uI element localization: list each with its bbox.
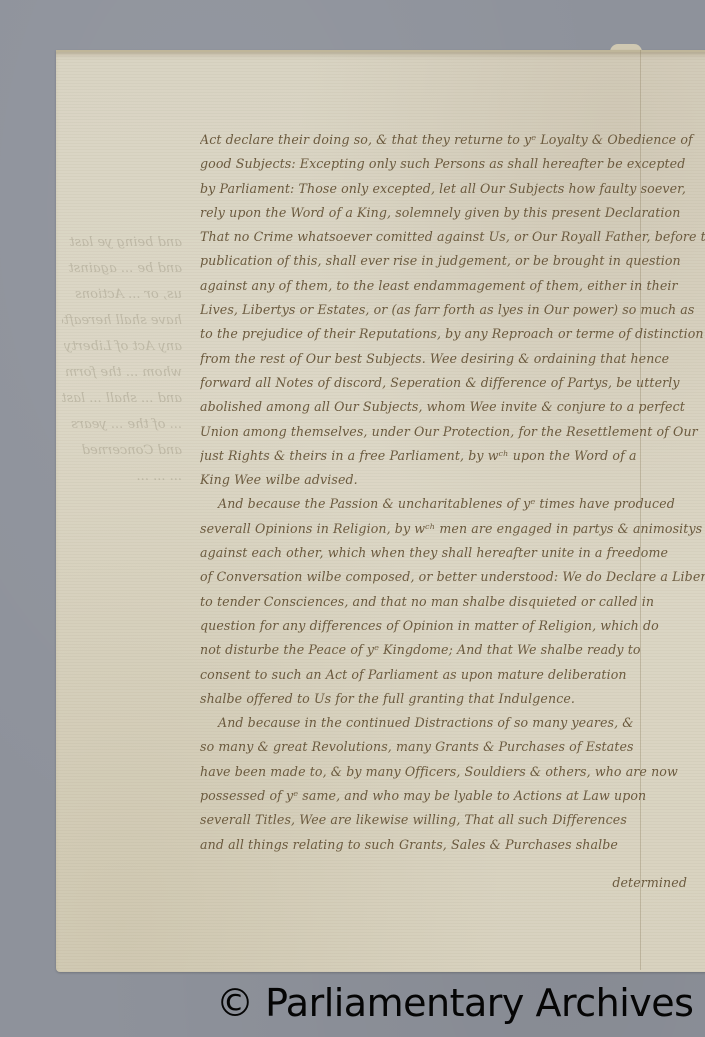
manuscript-line: to tender Consciences, and that no man s…: [200, 590, 705, 614]
manuscript-line: abolished among all Our Subjects, whom W…: [200, 395, 705, 419]
manuscript-line: to the prejudice of their Reputations, b…: [200, 322, 705, 346]
bleed-line: and being ye last: [62, 230, 182, 256]
manuscript-line: King Wee wilbe advised.: [200, 468, 705, 492]
manuscript-line: Lives, Libertys or Estates, or (as farr …: [200, 298, 705, 322]
manuscript-line: against any of them, to the least endamm…: [200, 274, 705, 298]
manuscript-line: from the rest of Our best Subjects. Wee …: [200, 347, 705, 371]
bleed-through-text: and being ye last and be ... against us,…: [62, 230, 182, 490]
manuscript-line: severall Titles, Wee are likewise willin…: [200, 808, 705, 832]
manuscript-line: against each other, which when they shal…: [200, 541, 705, 565]
manuscript-line: and all things relating to such Grants, …: [200, 833, 705, 857]
bleed-line: any Act of Liberty: [62, 334, 182, 360]
manuscript-line: so many & great Revolutions, many Grants…: [200, 735, 705, 759]
manuscript-line: possessed of yᵉ same, and who may be lya…: [200, 784, 705, 808]
copyright-watermark: © Parliamentary Archives: [216, 984, 693, 1022]
catchword: determined: [200, 871, 705, 895]
bleed-line: and ... shall ... last: [62, 386, 182, 412]
manuscript-line: good Subjects: Excepting only such Perso…: [200, 152, 705, 176]
manuscript-text: Act declare their doing so, & that they …: [200, 128, 705, 895]
bleed-line: us, or ... Actions: [62, 282, 182, 308]
manuscript-line: rely upon the Word of a King, solemnely …: [200, 201, 705, 225]
manuscript-line: question for any differences of Opinion …: [200, 614, 705, 638]
manuscript-line: have been made to, & by many Officers, S…: [200, 760, 705, 784]
paragraph-start-line: And because in the continued Distraction…: [200, 711, 705, 735]
manuscript-line: shalbe offered to Us for the full granti…: [200, 687, 705, 711]
bleed-line: ... ... ...: [62, 464, 182, 490]
manuscript-line: forward all Notes of discord, Seperation…: [200, 371, 705, 395]
bleed-line: whom ... the form: [62, 360, 182, 386]
manuscript-line: just Rights & theirs in a free Parliamen…: [200, 444, 705, 468]
bleed-line: ... of the ... years: [62, 412, 182, 438]
manuscript-line: not disturbe the Peace of yᵉ Kingdome; A…: [200, 638, 705, 662]
manuscript-line: consent to such an Act of Parliament as …: [200, 663, 705, 687]
manuscript-line: by Parliament: Those only excepted, let …: [200, 177, 705, 201]
bleed-line: and be ... against: [62, 256, 182, 282]
paragraph-start-line: And because the Passion & uncharitablene…: [200, 492, 705, 516]
manuscript-line: That no Crime whatsoever comitted agains…: [200, 225, 705, 249]
bleed-line: and Concerned: [62, 438, 182, 464]
bleed-line: have shall hereafter: [62, 308, 182, 334]
manuscript-line: publication of this, shall ever rise in …: [200, 249, 705, 273]
manuscript-line: of Conversation wilbe composed, or bette…: [200, 565, 705, 589]
manuscript-line: Act declare their doing so, & that they …: [200, 128, 705, 152]
manuscript-line: Union among themselves, under Our Protec…: [200, 420, 705, 444]
manuscript-line: severall Opinions in Religion, by wᶜʰ me…: [200, 517, 705, 541]
